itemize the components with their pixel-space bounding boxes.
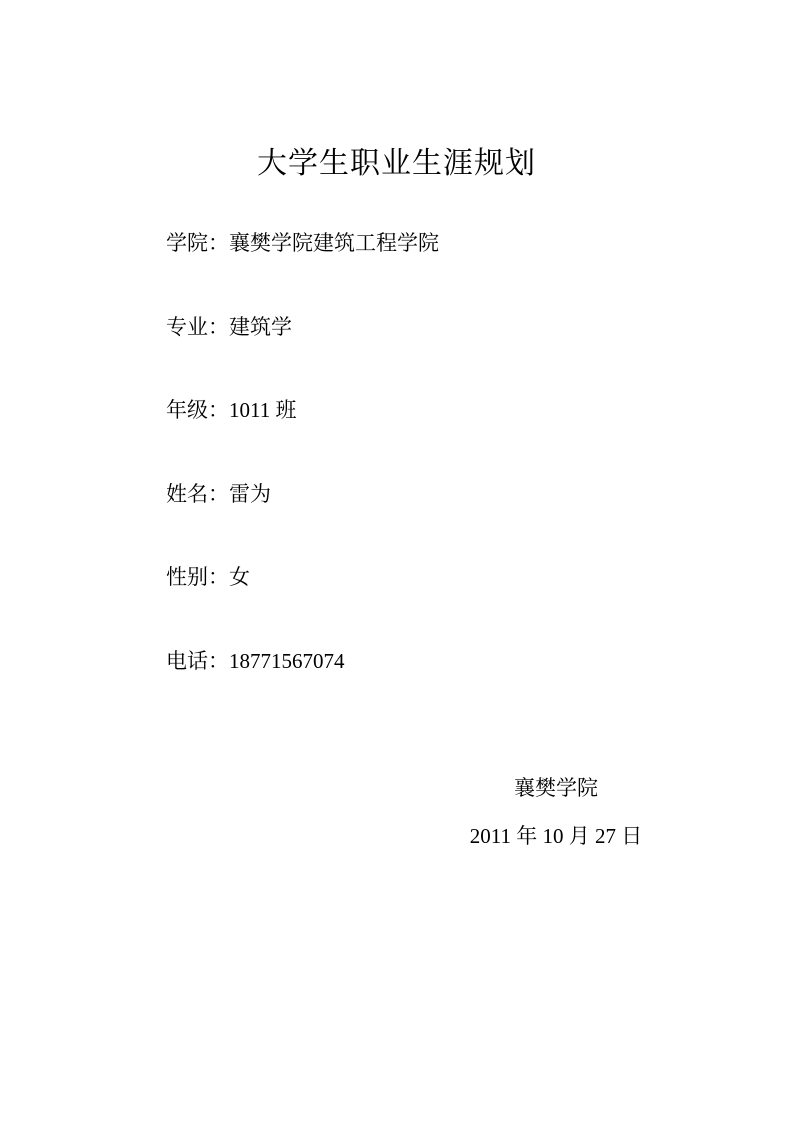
footer-date: 2011 年 10 月 27 日: [396, 820, 716, 850]
field-value-phone: 18771567074: [229, 649, 345, 673]
field-value-college: 襄樊学院建筑工程学院: [229, 231, 439, 255]
page-title: 大学生职业生涯规划: [0, 138, 793, 182]
field-label-name: 姓名：: [166, 482, 229, 506]
field-value-gender: 女: [229, 565, 250, 589]
field-row-phone: 电话：18771567074: [166, 645, 345, 675]
field-value-major: 建筑学: [229, 315, 292, 339]
field-row-gender: 性别：女: [166, 561, 250, 591]
field-row-name: 姓名：雷为: [166, 478, 271, 508]
field-value-name: 雷为: [229, 482, 271, 506]
footer: 襄樊学院 2011 年 10 月 27 日: [396, 772, 716, 850]
field-label-college: 学院：: [166, 231, 229, 255]
footer-institution: 襄樊学院: [396, 772, 716, 802]
field-label-phone: 电话：: [166, 649, 229, 673]
field-row-grade: 年级：1011 班: [166, 394, 296, 424]
field-row-major: 专业：建筑学: [166, 311, 292, 341]
field-label-gender: 性别：: [166, 565, 229, 589]
field-label-grade: 年级：: [166, 398, 229, 422]
field-label-major: 专业：: [166, 315, 229, 339]
field-value-grade: 1011 班: [229, 398, 296, 422]
field-row-college: 学院：襄樊学院建筑工程学院: [166, 227, 439, 257]
document-page: 大学生职业生涯规划 学院：襄樊学院建筑工程学院 专业：建筑学 年级：1011 班…: [0, 0, 793, 1122]
